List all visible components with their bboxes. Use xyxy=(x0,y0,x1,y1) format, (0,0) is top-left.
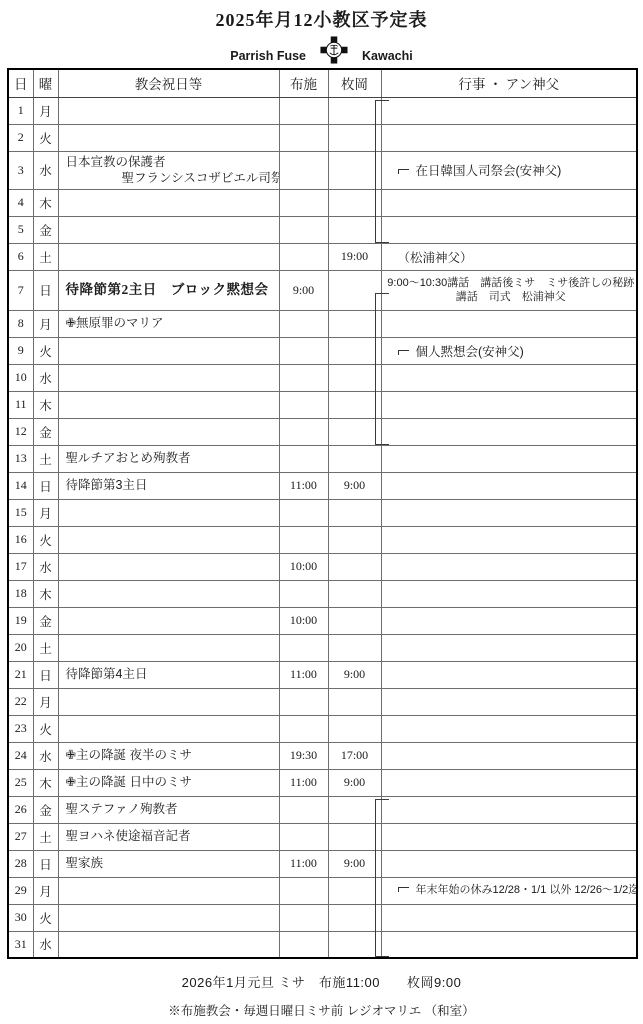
note-cell xyxy=(381,189,637,216)
fuse-cell xyxy=(279,499,328,526)
table-row: 18 木 xyxy=(8,580,637,607)
day-cell: 26 xyxy=(8,796,33,823)
hiraoka-cell: 9:00 xyxy=(328,472,381,499)
note-cell xyxy=(381,310,637,337)
note-cell xyxy=(381,391,637,418)
note-cell xyxy=(381,124,637,151)
note-cell xyxy=(381,823,637,850)
table-row: 22 月 xyxy=(8,688,637,715)
parish-name-kawachi: Kawachi xyxy=(362,49,413,64)
day-cell: 24 xyxy=(8,742,33,769)
note-cell xyxy=(381,742,637,769)
weekday-cell: 水 xyxy=(33,742,58,769)
note-cell xyxy=(381,364,637,391)
fuse-cell xyxy=(279,904,328,931)
header-feast: 教会祝日等 xyxy=(58,69,279,97)
day-cell: 21 xyxy=(8,661,33,688)
note-cell xyxy=(381,796,637,823)
hiraoka-cell xyxy=(328,553,381,580)
fuse-cell: 10:00 xyxy=(279,553,328,580)
table-row: 23 火 xyxy=(8,715,637,742)
table-row: 11 木 xyxy=(8,391,637,418)
weekday-cell: 木 xyxy=(33,769,58,796)
feast-cell xyxy=(58,418,279,445)
day-cell: 19 xyxy=(8,607,33,634)
fuse-cell xyxy=(279,310,328,337)
fuse-cell: 11:00 xyxy=(279,472,328,499)
footer-note: ※布施教会・毎週日曜日ミサ前 レジオマリエ （和室） xyxy=(0,1001,643,1019)
parish-names-row: Parrish Fuse Kawachi xyxy=(0,34,643,64)
feast-cell: 聖ステファノ殉教者 xyxy=(58,796,279,823)
hiraoka-cell xyxy=(328,97,381,124)
fuse-cell xyxy=(279,877,328,904)
bracket-tick-icon xyxy=(398,169,409,174)
table-row: 20 土 xyxy=(8,634,637,661)
note-cell: （松浦神父） xyxy=(381,243,637,270)
weekday-cell: 土 xyxy=(33,823,58,850)
hiraoka-cell xyxy=(328,364,381,391)
day-cell: 14 xyxy=(8,472,33,499)
weekday-cell: 月 xyxy=(33,97,58,124)
note-cell xyxy=(381,216,637,243)
hiraoka-cell xyxy=(328,445,381,472)
day-cell: 4 xyxy=(8,189,33,216)
hiraoka-cell xyxy=(328,688,381,715)
note-cell xyxy=(381,580,637,607)
page-title: 2025年月12小教区予定表 xyxy=(0,6,643,32)
parish-name-fuse: Parrish Fuse xyxy=(230,49,306,64)
feast-cell xyxy=(58,715,279,742)
day-cell: 17 xyxy=(8,553,33,580)
weekday-cell: 水 xyxy=(33,364,58,391)
note-cell xyxy=(381,418,637,445)
feast-cell xyxy=(58,337,279,364)
fuse-cell: 10:00 xyxy=(279,607,328,634)
day-cell: 25 xyxy=(8,769,33,796)
note-cell xyxy=(381,904,637,931)
day-cell: 18 xyxy=(8,580,33,607)
fuse-cell xyxy=(279,634,328,661)
note-cell: 9:00～10:30講話 講話後ミサ ミサ後許しの秘跡講話 司式 松浦神父 xyxy=(381,270,637,310)
table-row: 24 水 ✙主の降誕 夜半のミサ 19:30 17:00 xyxy=(8,742,637,769)
hiraoka-cell: 19:00 xyxy=(328,243,381,270)
fuse-cell: 11:00 xyxy=(279,661,328,688)
hiraoka-cell xyxy=(328,270,381,310)
bracket-days-26-31 xyxy=(375,799,389,957)
hiraoka-cell xyxy=(328,877,381,904)
table-row: 4 木 xyxy=(8,189,637,216)
weekday-cell: 金 xyxy=(33,216,58,243)
weekday-cell: 土 xyxy=(33,634,58,661)
table-row: 13 土 聖ルチアおとめ殉教者 xyxy=(8,445,637,472)
table-row: 6 土 19:00 （松浦神父） xyxy=(8,243,637,270)
weekday-cell: 木 xyxy=(33,580,58,607)
fuse-cell xyxy=(279,189,328,216)
feast-cell xyxy=(58,607,279,634)
bracket-tick-icon xyxy=(398,887,409,892)
note-cell xyxy=(381,634,637,661)
table-row: 10 水 xyxy=(8,364,637,391)
hiraoka-cell xyxy=(328,216,381,243)
table-row: 2 火 xyxy=(8,124,637,151)
table-row: 31 水 xyxy=(8,931,637,958)
weekday-cell: 火 xyxy=(33,904,58,931)
table-row: 15 月 xyxy=(8,499,637,526)
fuse-cell: 11:00 xyxy=(279,769,328,796)
hiraoka-cell xyxy=(328,823,381,850)
feast-cell xyxy=(58,216,279,243)
weekday-cell: 火 xyxy=(33,337,58,364)
day-cell: 9 xyxy=(8,337,33,364)
table-row: 7 日 待降節第2主日 ブロック黙想会 9:00 9:00～10:30講話 講話… xyxy=(8,270,637,310)
weekday-cell: 月 xyxy=(33,877,58,904)
feast-cell xyxy=(58,391,279,418)
hiraoka-cell xyxy=(328,124,381,151)
note-cell xyxy=(381,472,637,499)
fuse-cell xyxy=(279,391,328,418)
weekday-cell: 水 xyxy=(33,553,58,580)
fuse-cell xyxy=(279,715,328,742)
hiraoka-cell xyxy=(328,337,381,364)
feast-cell xyxy=(58,688,279,715)
hiraoka-cell: 9:00 xyxy=(328,769,381,796)
fuse-cell xyxy=(279,243,328,270)
feast-cell xyxy=(58,499,279,526)
weekday-cell: 月 xyxy=(33,310,58,337)
weekday-cell: 火 xyxy=(33,715,58,742)
table-row: 27 土 聖ヨハネ使途福音記者 xyxy=(8,823,637,850)
table-row: 26 金 聖ステファノ殉教者 xyxy=(8,796,637,823)
weekday-cell: 金 xyxy=(33,607,58,634)
schedule-sheet: 2025年月12小教区予定表 Parrish Fuse Kawachi 日 曜 … xyxy=(0,0,643,1024)
fuse-cell xyxy=(279,97,328,124)
fuse-cell xyxy=(279,124,328,151)
note-cell xyxy=(381,553,637,580)
fuse-cell xyxy=(279,151,328,189)
table-row: 5 金 xyxy=(8,216,637,243)
day-cell: 30 xyxy=(8,904,33,931)
day-cell: 23 xyxy=(8,715,33,742)
day-cell: 22 xyxy=(8,688,33,715)
table-row: 21 日 待降節第4主日 11:00 9:00 xyxy=(8,661,637,688)
hiraoka-cell xyxy=(328,310,381,337)
note-cell xyxy=(381,97,637,124)
table-row: 17 水 10:00 xyxy=(8,553,637,580)
feast-cell: ✙主の降誕 日中のミサ xyxy=(58,769,279,796)
weekday-cell: 月 xyxy=(33,499,58,526)
weekday-cell: 火 xyxy=(33,124,58,151)
note-cell xyxy=(381,769,637,796)
note-cell: 在日韓国人司祭会(安神父) xyxy=(381,151,637,189)
fuse-cell: 9:00 xyxy=(279,270,328,310)
day-cell: 15 xyxy=(8,499,33,526)
fuse-cell xyxy=(279,216,328,243)
day-cell: 1 xyxy=(8,97,33,124)
fuse-cell xyxy=(279,364,328,391)
table-row: 8 月 ✙無原罪のマリア xyxy=(8,310,637,337)
hiraoka-cell xyxy=(328,526,381,553)
weekday-cell: 土 xyxy=(33,243,58,270)
feast-cell xyxy=(58,124,279,151)
hiraoka-cell xyxy=(328,715,381,742)
feast-cell: ✙主の降誕 夜半のミサ xyxy=(58,742,279,769)
weekday-cell: 月 xyxy=(33,688,58,715)
day-cell: 6 xyxy=(8,243,33,270)
feast-cell xyxy=(58,877,279,904)
note-cell xyxy=(381,850,637,877)
table-row: 1 月 xyxy=(8,97,637,124)
feast-cell xyxy=(58,553,279,580)
day-cell: 7 xyxy=(8,270,33,310)
fuse-cell xyxy=(279,418,328,445)
table-row: 19 金 10:00 xyxy=(8,607,637,634)
note-cell xyxy=(381,526,637,553)
table-row: 16 火 xyxy=(8,526,637,553)
fuse-cell xyxy=(279,823,328,850)
note-cell xyxy=(381,661,637,688)
day-cell: 16 xyxy=(8,526,33,553)
hiraoka-cell xyxy=(328,607,381,634)
weekday-cell: 金 xyxy=(33,418,58,445)
header-fuse: 布施 xyxy=(279,69,328,97)
weekday-cell: 日 xyxy=(33,270,58,310)
note-cell: 年末年始の休み12/28・1/1 以外 12/26～1/2迄 xyxy=(381,877,637,904)
day-cell: 27 xyxy=(8,823,33,850)
day-cell: 13 xyxy=(8,445,33,472)
fuse-cell: 19:30 xyxy=(279,742,328,769)
day-cell: 31 xyxy=(8,931,33,958)
fuse-cell xyxy=(279,796,328,823)
hiraoka-cell xyxy=(328,418,381,445)
feast-cell xyxy=(58,243,279,270)
table-row: 30 火 xyxy=(8,904,637,931)
feast-cell xyxy=(58,580,279,607)
fuse-cell xyxy=(279,688,328,715)
fuse-cell xyxy=(279,337,328,364)
feast-cell: 待降節第3主日 xyxy=(58,472,279,499)
feast-cell: 日本宣教の保護者聖フランシスコザビエル司祭 xyxy=(58,151,279,189)
weekday-cell: 木 xyxy=(33,189,58,216)
note-cell xyxy=(381,607,637,634)
weekday-cell: 土 xyxy=(33,445,58,472)
feast-cell xyxy=(58,97,279,124)
day-cell: 2 xyxy=(8,124,33,151)
fuse-cell: 11:00 xyxy=(279,850,328,877)
header-row: 日 曜 教会祝日等 布施 枚岡 行事 ・ アン神父 xyxy=(8,69,637,97)
header-weekday: 曜 xyxy=(33,69,58,97)
hiraoka-cell xyxy=(328,189,381,216)
hiraoka-cell: 9:00 xyxy=(328,850,381,877)
feast-cell: ✙無原罪のマリア xyxy=(58,310,279,337)
day-cell: 29 xyxy=(8,877,33,904)
footer-new-year-mass: 2026年1月元旦 ミサ 布施11:00 枚岡9:00 xyxy=(0,972,643,991)
weekday-cell: 水 xyxy=(33,931,58,958)
weekday-cell: 金 xyxy=(33,796,58,823)
feast-cell xyxy=(58,904,279,931)
feast-cell xyxy=(58,364,279,391)
table-row: 12 金 xyxy=(8,418,637,445)
weekday-cell: 水 xyxy=(33,151,58,189)
day-cell: 3 xyxy=(8,151,33,189)
hiraoka-cell xyxy=(328,634,381,661)
schedule-body: 1 月 2 火 3 水 日本宣教の保護者聖フランシスコザビエル司祭 在日韓国人司… xyxy=(8,97,637,958)
fuse-cell xyxy=(279,526,328,553)
hiraoka-cell xyxy=(328,499,381,526)
day-cell: 28 xyxy=(8,850,33,877)
day-cell: 8 xyxy=(8,310,33,337)
note-cell xyxy=(381,445,637,472)
weekday-cell: 日 xyxy=(33,661,58,688)
note-cell xyxy=(381,688,637,715)
header-day: 日 xyxy=(8,69,33,97)
header-hiraoka: 枚岡 xyxy=(328,69,381,97)
day-cell: 10 xyxy=(8,364,33,391)
weekday-cell: 火 xyxy=(33,526,58,553)
note-cell xyxy=(381,499,637,526)
note-cell xyxy=(381,931,637,958)
day-cell: 12 xyxy=(8,418,33,445)
day-cell: 20 xyxy=(8,634,33,661)
table-row: 3 水 日本宣教の保護者聖フランシスコザビエル司祭 在日韓国人司祭会(安神父) xyxy=(8,151,637,189)
weekday-cell: 日 xyxy=(33,850,58,877)
feast-cell: 待降節第2主日 ブロック黙想会 xyxy=(58,270,279,310)
bracket-tick-icon xyxy=(398,350,409,355)
feast-cell xyxy=(58,189,279,216)
hiraoka-cell xyxy=(328,580,381,607)
hiraoka-cell xyxy=(328,151,381,189)
feast-cell xyxy=(58,526,279,553)
feast-cell: 待降節第4主日 xyxy=(58,661,279,688)
feast-cell: 聖ルチアおとめ殉教者 xyxy=(58,445,279,472)
weekday-cell: 日 xyxy=(33,472,58,499)
fuse-cell xyxy=(279,931,328,958)
hiraoka-cell: 17:00 xyxy=(328,742,381,769)
table-row: 9 火 個人黙想会(安神父) xyxy=(8,337,637,364)
fuse-cell xyxy=(279,445,328,472)
day-cell: 5 xyxy=(8,216,33,243)
feast-cell: 聖ヨハネ使途福音記者 xyxy=(58,823,279,850)
feast-cell: 聖家族 xyxy=(58,850,279,877)
bracket-days-7-12 xyxy=(375,293,389,445)
header-events: 行事 ・ アン神父 xyxy=(381,69,637,97)
parish-cross-emblem-icon xyxy=(320,36,348,64)
hiraoka-cell xyxy=(328,931,381,958)
fuse-cell xyxy=(279,580,328,607)
hiraoka-cell: 9:00 xyxy=(328,661,381,688)
feast-cell xyxy=(58,931,279,958)
table-row: 29 月 年末年始の休み12/28・1/1 以外 12/26～1/2迄 xyxy=(8,877,637,904)
feast-cell xyxy=(58,634,279,661)
table-row: 14 日 待降節第3主日 11:00 9:00 xyxy=(8,472,637,499)
note-cell xyxy=(381,715,637,742)
weekday-cell: 木 xyxy=(33,391,58,418)
hiraoka-cell xyxy=(328,904,381,931)
day-cell: 11 xyxy=(8,391,33,418)
hiraoka-cell xyxy=(328,796,381,823)
note-cell: 個人黙想会(安神父) xyxy=(381,337,637,364)
bracket-days-1-5 xyxy=(375,100,389,243)
hiraoka-cell xyxy=(328,391,381,418)
schedule-table: 日 曜 教会祝日等 布施 枚岡 行事 ・ アン神父 1 月 2 火 3 水 xyxy=(7,68,638,959)
table-row: 28 日 聖家族 11:00 9:00 xyxy=(8,850,637,877)
table-row: 25 木 ✙主の降誕 日中のミサ 11:00 9:00 xyxy=(8,769,637,796)
